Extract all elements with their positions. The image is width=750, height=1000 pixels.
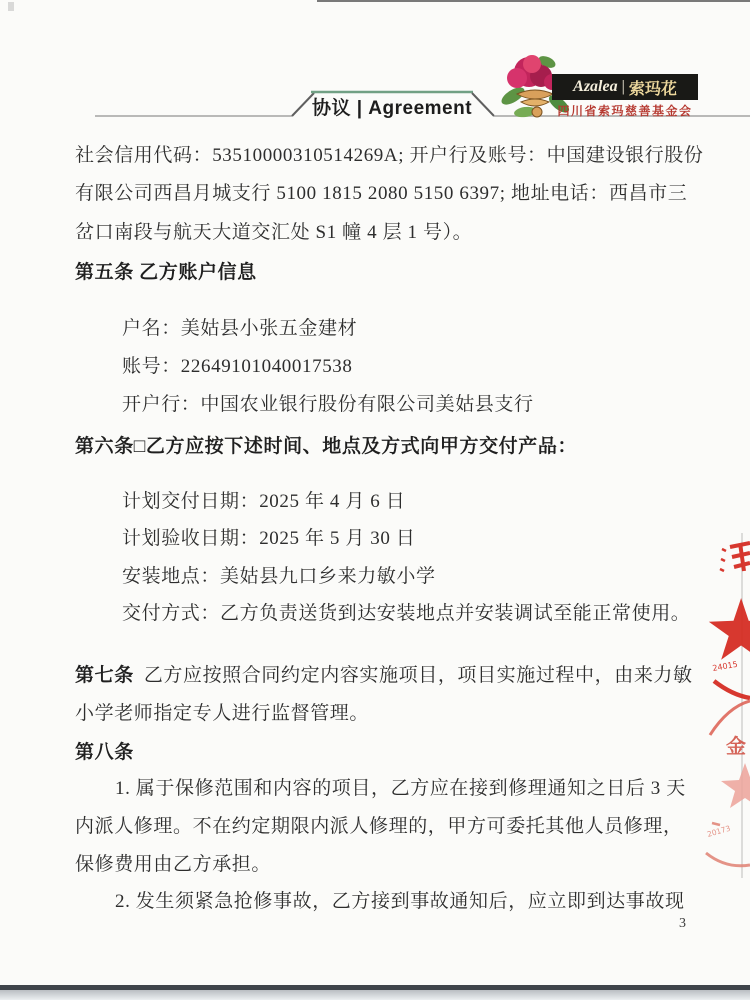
brand-divider: |: [622, 78, 625, 96]
article8-item2-line1: 2. 发生须紧急抢修事故，乙方接到事故通知后，应立即到达事故现: [115, 886, 685, 913]
article5-account-name: 户名：美姑县小张五金建材: [122, 313, 357, 340]
article8-item1-line3: 保修费用由乙方承担。: [75, 849, 271, 876]
article6-heading: 第六条□乙方应按下述时间、地点及方式向甲方交付产品：: [75, 431, 577, 458]
article8-heading: 第八条: [75, 737, 134, 764]
article5-account-number: 账号：22649101040017538: [122, 351, 353, 378]
article6-install-location: 安装地点：美姑县九口乡来力敏小学: [122, 561, 436, 588]
article7-label: 第七条: [75, 665, 134, 686]
riding-seal-upper: 24015: [709, 543, 750, 698]
article5-heading: 第五条 乙方账户信息: [75, 257, 257, 284]
article7-text-1: 乙方应按照合同约定内容实施项目，项目实施过程中，由来力敏: [144, 665, 693, 686]
riding-seal-stamps: 24015 金 20173: [700, 535, 750, 875]
intro-line-3: 岔口南段与航天大道交汇处 S1 幢 4 层 1 号）。: [75, 217, 472, 244]
foundation-logo: Azalea|索玛花 四川省索玛慈善基金会: [495, 48, 705, 120]
svg-text:24015: 24015: [712, 660, 739, 673]
intro-line-1: 社会信用代码：53510000310514269A; 开户行及账号：中国建设银行…: [75, 140, 703, 167]
article6-delivery-date: 计划交付日期：2025 年 4 月 6 日: [122, 486, 405, 513]
article5-bank: 开户行：中国农业银行股份有限公司美姑县支行: [122, 389, 534, 416]
article8-item1-line1: 1. 属于保修范围和内容的项目，乙方应在接到修理通知之日后 3 天: [115, 773, 686, 800]
scanned-agreement-page: 协议 | Agreement Azalea|索玛花 四川省索玛慈善基金会 社会信…: [0, 0, 750, 1000]
organization-name: 四川省索玛慈善基金会: [550, 102, 700, 119]
brand-name-plate: Azalea|索玛花: [552, 74, 698, 100]
svg-text:金: 金: [726, 734, 746, 758]
article8-item1-line2: 内派人修理。不在约定期限内派人修理的，甲方可委托其他人员修理，: [75, 811, 683, 838]
article7-line-2: 小学老师指定专人进行监督管理。: [75, 698, 369, 725]
article6-acceptance-date: 计划验收日期：2025 年 5 月 30 日: [122, 523, 415, 550]
page-number: 3: [679, 916, 686, 932]
brand-name-en: Azalea: [573, 78, 617, 96]
article7-line-1: 第七条乙方应按照合同约定内容实施项目，项目实施过程中，由来力敏: [75, 660, 693, 687]
intro-line-2: 有限公司西昌月城支行 5100 1815 2080 5150 6397; 地址电…: [75, 178, 687, 205]
banner-title: 协议 | Agreement: [303, 93, 481, 120]
brand-name-cn: 索玛花: [629, 76, 677, 99]
scan-bottom-shadow: [0, 990, 750, 1000]
article6-delivery-method: 交付方式：乙方负责送货到达安装地点并安装调试至能正常使用。: [122, 598, 690, 625]
svg-text:20173: 20173: [706, 824, 732, 839]
riding-seal-lower: 金 20173: [706, 701, 750, 866]
